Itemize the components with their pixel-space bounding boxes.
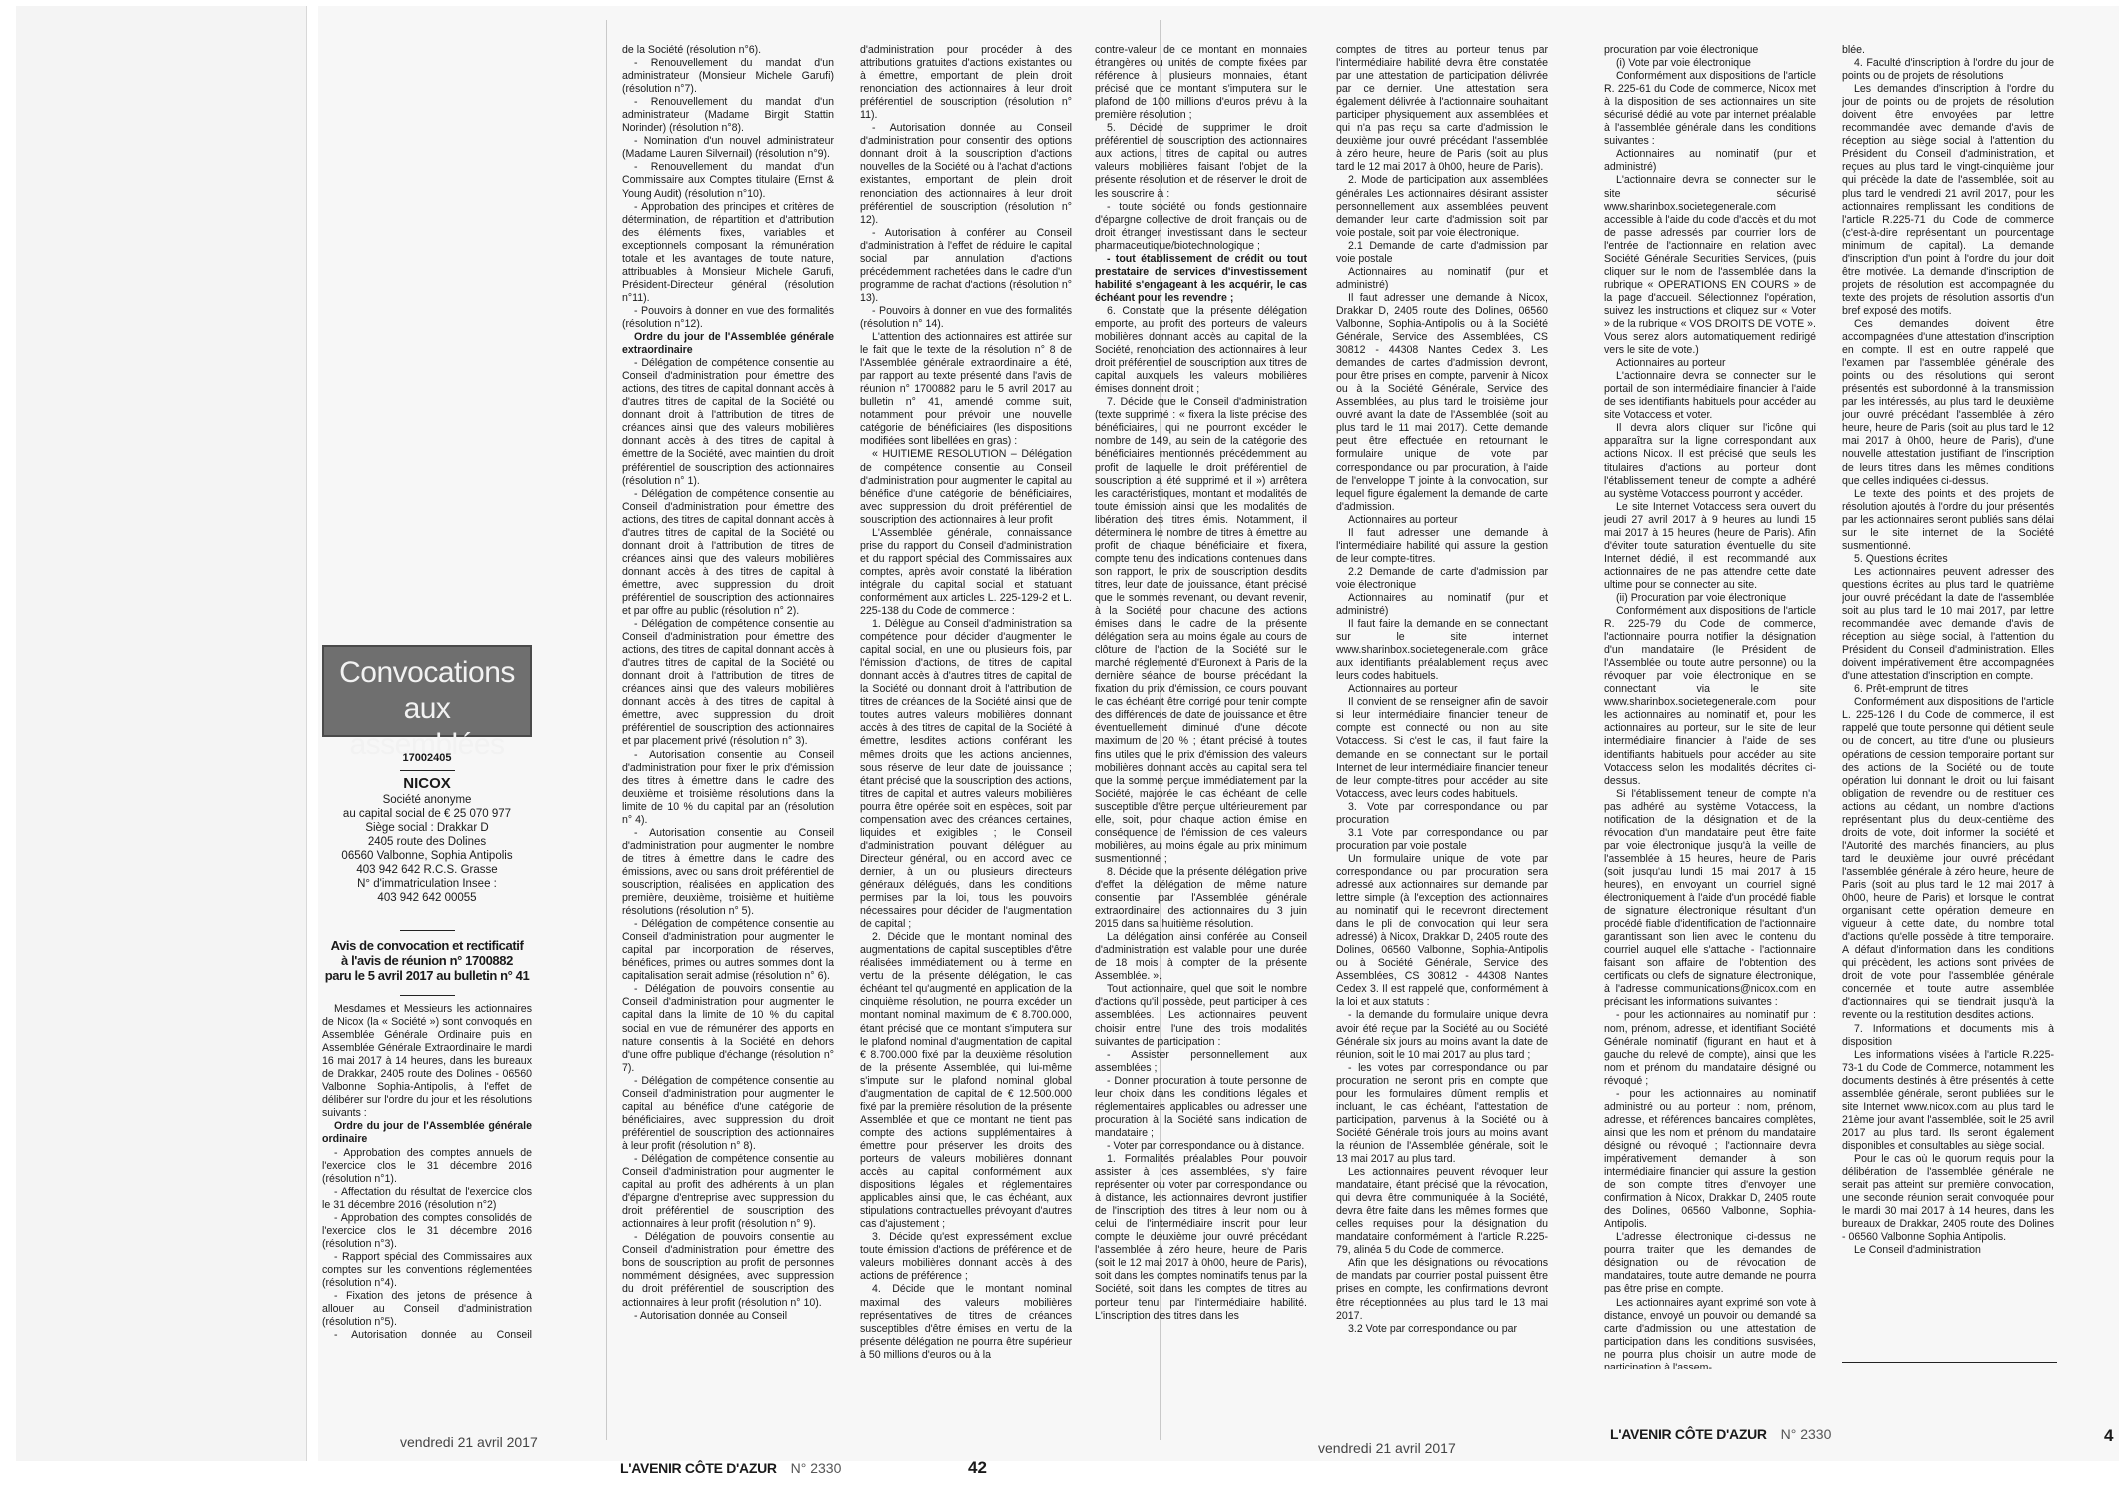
notice-title: Avis de convocation et rectificatif à l'… [322, 938, 532, 983]
notice-title-line: paru le 5 avril 2017 au bulletin n° 41 [322, 968, 532, 983]
company-line: N° d'immatriculation Insee : [322, 877, 532, 891]
section-banner: Convocations aux assemblées [322, 645, 532, 737]
company-block: NICOX Société anonyme au capital social … [322, 775, 532, 905]
list-item: - Donner procuration à toute personne de… [1095, 1075, 1307, 1140]
paragraph: 1. Délègue au Conseil d'administration s… [860, 618, 1072, 931]
subheading: (i) Vote par voie électronique [1604, 57, 1816, 70]
agenda-item: - Nomination d'un nouvel administrateur … [622, 135, 834, 161]
subheading: 5. Questions écrites [1842, 553, 2054, 566]
paragraph: 8. Décide que la présente délégation pri… [1095, 866, 1307, 931]
column-7: blée. 4. Faculté d'inscription à l'ordre… [1842, 44, 2054, 1369]
list-item: - la demande du formulaire unique devra … [1336, 1009, 1548, 1061]
agenda-item: - Approbation des principes et critères … [622, 201, 834, 305]
paragraph: Les actionnaires peuvent révoquer leur m… [1336, 1166, 1548, 1257]
company-line: 06560 Valbonne, Sophia Antipolis [322, 849, 532, 863]
agenda-item: - Autorisation consentie au Conseil d'ad… [622, 827, 834, 918]
paragraph: Les demandes d'inscription à l'ordre du … [1842, 83, 2054, 318]
column-2: de la Société (résolution n°6). - Renouv… [622, 44, 834, 1369]
resolution-heading: « HUITIEME RESOLUTION – Délégation de co… [860, 448, 1072, 526]
subheading: Actionnaires au porteur [1336, 683, 1548, 696]
paragraph: Si l'établissement teneur de compte n'a … [1604, 788, 1816, 1010]
subheading: 6. Prêt-emprunt de titres [1842, 683, 2054, 696]
column-5: comptes de titres au porteur tenus par l… [1336, 44, 1548, 1369]
notice-title-line: à l'avis de réunion n° 1700882 [322, 953, 532, 968]
agenda-item: - Pouvoirs à donner en vue des formalité… [622, 305, 834, 331]
list-item: - pour les actionnaires au nominatif adm… [1604, 1088, 1816, 1232]
agenda-item: - Affectation du résultat de l'exercice … [322, 1186, 532, 1212]
agenda-item: - Délégation de compétence consentie au … [622, 1153, 834, 1231]
issue-number: N° 2330 [791, 1460, 842, 1476]
paragraph: La délégation ainsi conférée au Conseil … [1095, 931, 1307, 983]
paragraph: 3. Décide qu'est expressément exclue tou… [860, 1231, 1072, 1283]
agenda-item: - Renouvellement du mandat d'un administ… [622, 57, 834, 96]
list-item: - Voter par correspondance ou à distance… [1095, 1140, 1307, 1153]
subheading: Actionnaires au porteur [1604, 357, 1816, 370]
paragraph: blée. [1842, 44, 2054, 57]
paragraph: Le texte des points et des projets de ré… [1842, 488, 2054, 553]
column-3: d'administration pour procéder à des att… [860, 44, 1072, 1369]
list-item: - Assister personnellement aux assemblée… [1095, 1049, 1307, 1075]
footer-date-right: vendredi 21 avril 2017 [1318, 1440, 1456, 1456]
paragraph: Ces demandes doivent être accompagnées d… [1842, 318, 2054, 488]
paragraph: Les actionnaires peuvent adresser des qu… [1842, 566, 2054, 683]
paragraph: L'actionnaire devra se connecter sur le … [1604, 174, 1816, 357]
paragraph: 4. Décide que le montant nominal maximal… [860, 1283, 1072, 1361]
list-item: - les votes par correspondance ou par pr… [1336, 1062, 1548, 1166]
agenda-item: - Délégation de pouvoirs consentie au Co… [622, 1231, 834, 1309]
paragraph: Il convient de se renseigner afin de sav… [1336, 696, 1548, 800]
list-item: - pour les actionnaires au nominatif pur… [1604, 1009, 1816, 1087]
company-line: Société anonyme [322, 793, 532, 807]
agenda-item: - Autorisation donnée au Conseil d'admin… [322, 1329, 532, 1338]
agenda-item: - Approbation des comptes annuels de l'e… [322, 1147, 532, 1186]
page-number-left: 42 [968, 1458, 987, 1478]
paragraph: Il faut faire la demande en se connectan… [1336, 618, 1548, 683]
subheading: 3. Vote par correspondance ou par procur… [1336, 801, 1548, 827]
subheading: Actionnaires au nominatif (pur et admini… [1604, 148, 1816, 174]
rule [400, 930, 455, 931]
paragraph: d'administration pour procéder à des att… [860, 44, 1072, 122]
paragraph: L'actionnaire devra se connecter sur le … [1604, 370, 1816, 422]
column-1: Mesdames et Messieurs les actionnaires d… [322, 1003, 532, 1338]
subheading: Actionnaires au nominatif (pur et admini… [1336, 266, 1548, 292]
signature: Le Conseil d'administration [1842, 1244, 2054, 1257]
paragraph: Il devra alors cliquer sur l'icône qui a… [1604, 422, 1816, 500]
agenda-item: - Délégation de pouvoirs consentie au Co… [622, 983, 834, 1074]
column-6: procuration par voie électronique (i) Vo… [1604, 44, 1816, 1369]
subheading: (ii) Procuration par voie électronique [1604, 592, 1816, 605]
paragraph: Il faut adresser une demande à l'intermé… [1336, 527, 1548, 566]
closing-rule [1842, 1362, 2057, 1363]
footer-date-left: vendredi 21 avril 2017 [400, 1434, 538, 1450]
paragraph: Afin que les désignations ou révocations… [1336, 1257, 1548, 1322]
paragraph: L'adresse électronique ci-dessus ne pour… [1604, 1231, 1816, 1296]
paragraph: de la Société (résolution n°6). [622, 44, 834, 57]
company-name: NICOX [322, 775, 532, 793]
paragraph: 5. Décide de supprimer le droit préféren… [1095, 122, 1307, 200]
paragraph: Tout actionnaire, quel que soit le nombr… [1095, 983, 1307, 1048]
agenda-item: - Autorisation donnée au Conseil [622, 1310, 834, 1323]
paragraph: 2. Mode de participation aux assemblées … [1336, 174, 1548, 239]
paragraph: Les actionnaires ayant exprimé son vote … [1604, 1297, 1816, 1370]
paragraph: - toute société ou fonds gestionnaire d'… [1095, 201, 1307, 253]
page-number-right: 4 [2104, 1426, 2113, 1446]
column-divider [606, 20, 607, 1440]
footer-masthead-left: L'AVENIR CÔTE D'AZUR N° 2330 [620, 1460, 841, 1476]
subheading: 4. Faculté d'inscription à l'ordre du jo… [1842, 57, 2054, 83]
agenda-item: - Autorisation consentie au Conseil d'ad… [622, 749, 834, 827]
paragraph: contre-valeur de ce montant en monnaies … [1095, 44, 1307, 122]
paragraph: L'Assemblée générale, connaissance prise… [860, 527, 1072, 618]
company-line: au capital social de € 25 070 977 [322, 807, 532, 821]
company-line: Siège social : Drakkar D [322, 821, 532, 835]
company-line: 2405 route des Dolines [322, 835, 532, 849]
paragraph: 2. Décide que le montant nominal des aug… [860, 931, 1072, 1231]
column-4: contre-valeur de ce montant en monnaies … [1095, 44, 1307, 1369]
paragraph: - tout établissement de crédit ou tout p… [1095, 253, 1307, 305]
subheading: 2.2 Demande de carte d'admission par voi… [1336, 566, 1548, 592]
subheading: 7. Informations et documents mis à dispo… [1842, 1023, 2054, 1049]
agenda-item: - Autorisation à conférer au Conseil d'a… [860, 227, 1072, 305]
agenda-item: - Renouvellement du mandat d'un administ… [622, 96, 834, 135]
paragraph: 7. Décide que le Conseil d'administratio… [1095, 396, 1307, 866]
paragraph: Un formulaire unique de vote par corresp… [1336, 853, 1548, 1010]
rule [400, 995, 455, 996]
paragraph: Conformément aux dispositions de l'artic… [1842, 696, 2054, 1022]
paragraph: Mesdames et Messieurs les actionnaires d… [322, 1003, 532, 1120]
agenda-item: - Délégation de compétence consentie au … [622, 488, 834, 618]
agenda-item: - Rapport spécial des Commissaires aux c… [322, 1251, 532, 1290]
agenda-item: - Délégation de compétence consentie au … [622, 357, 834, 487]
subheading: Actionnaires au nominatif (pur et admini… [1336, 592, 1548, 618]
section-heading: Ordre du jour de l'Assemblée générale or… [322, 1120, 532, 1146]
paragraph: Le site Internet Votaccess sera ouvert d… [1604, 501, 1816, 592]
footer-masthead-right: L'AVENIR CÔTE D'AZUR N° 2330 [1610, 1426, 1831, 1442]
subheading: 3.2 Vote par correspondance ou par [1336, 1323, 1548, 1336]
section-heading: Ordre du jour de l'Assemblée générale ex… [622, 331, 834, 357]
publication-name: L'AVENIR CÔTE D'AZUR [620, 1460, 777, 1476]
agenda-item: - Délégation de compétence consentie au … [622, 1075, 834, 1153]
paragraph: Conformément aux dispositions de l'artic… [1604, 70, 1816, 148]
paragraph: L'attention des actionnaires est attirée… [860, 331, 1072, 448]
subheading: 2.1 Demande de carte d'admission par voi… [1336, 240, 1548, 266]
issue-number: N° 2330 [1781, 1426, 1832, 1442]
agenda-item: - Délégation de compétence consentie au … [622, 618, 834, 748]
paragraph: Les informations visées à l'article R.22… [1842, 1049, 2054, 1153]
paragraph: Il faut adresser une demande à Nicox, Dr… [1336, 292, 1548, 514]
agenda-item: - Fixation des jetons de présence à allo… [322, 1290, 532, 1329]
rule [400, 770, 455, 771]
notice-id: 17002405 [322, 752, 532, 764]
agenda-item: - Délégation de compétence consentie au … [622, 918, 834, 983]
company-line: 403 942 642 00055 [322, 891, 532, 905]
publication-name: L'AVENIR CÔTE D'AZUR [1610, 1426, 1767, 1442]
subheading: 3.1 Vote par correspondance ou par procu… [1336, 827, 1548, 853]
agenda-item: - Renouvellement du mandat d'un Commissa… [622, 161, 834, 200]
paragraph: Conformément aux dispositions de l'artic… [1604, 605, 1816, 788]
agenda-item: - Approbation des comptes consolidés de … [322, 1212, 532, 1251]
subheading: Actionnaires au porteur [1336, 514, 1548, 527]
paragraph: 6. Constate que la présente délégation e… [1095, 305, 1307, 396]
paragraph: procuration par voie électronique [1604, 44, 1816, 57]
banner-line-1: Convocations [324, 655, 530, 691]
blank-page [16, 6, 307, 1461]
agenda-item: - Pouvoirs à donner en vue des formalité… [860, 305, 1072, 331]
notice-title-line: Avis de convocation et rectificatif [322, 938, 532, 953]
paragraph: 1. Formalités préalables Pour pouvoir as… [1095, 1153, 1307, 1323]
paragraph: Pour le cas où le quorum requis pour la … [1842, 1153, 2054, 1244]
paragraph: comptes de titres au porteur tenus par l… [1336, 44, 1548, 174]
agenda-item: - Autorisation donnée au Conseil d'admin… [860, 122, 1072, 226]
company-line: 403 942 642 R.C.S. Grasse [322, 863, 532, 877]
